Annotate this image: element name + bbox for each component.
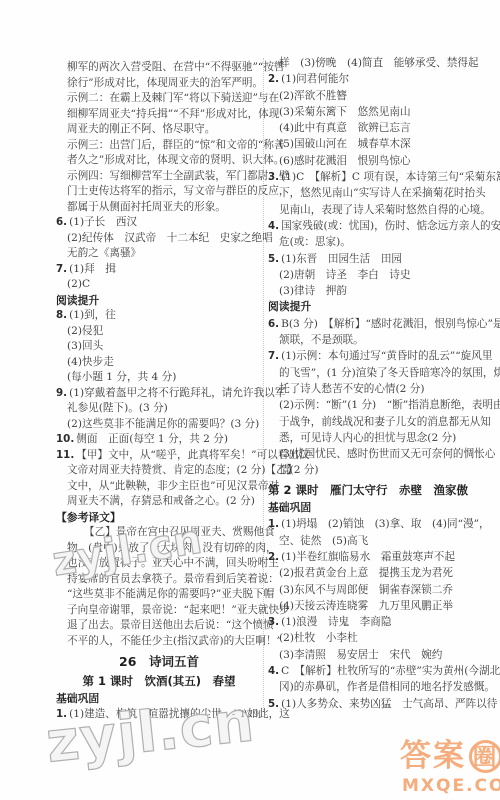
answer-line: 者久之”形成对比，体现文帝的贤明、识大体。 (56, 153, 262, 169)
line-text: 的飞雪”，(1 分)渲染了冬天昏暗寒冷的氛围，烘 (279, 367, 500, 379)
line-text: (1)示例：本句通过写“黄昏时的乱云”“旋风里 (281, 350, 492, 362)
question-number: 3. (268, 616, 279, 628)
answer-column-left: 柳军的两次入营受阻、在营中“不得驱驰”“按辔徐行”形成对比，体现周亚夫的治军严明… (56, 60, 262, 722)
line-text: 细柳军周亚夫“持兵揖”“不拜”形成对比，体现 (67, 108, 279, 120)
answer-line: 悉，可见诗人内心的担忧与思念(2 分) (268, 430, 466, 446)
line-text: 子向皇帝谢罪，景帝说：“起来吧！”亚夫就快步 (67, 604, 290, 616)
line-text: (6)感时花溅泪 恨别鸟惊心 (279, 155, 411, 167)
question-number: 1. (268, 518, 279, 530)
logo-text: 答案 圈 (400, 740, 500, 773)
answer-line: (3)律诗 押韵 (268, 283, 466, 299)
question-number: 3. (268, 171, 279, 183)
answer-line: (3)李清照 易安居士 宋代 婉约 (268, 647, 466, 663)
lesson-heading: 第 1 课时 饮酒(其五) 春望 (56, 674, 262, 690)
line-text: 情(2 分) (279, 464, 319, 476)
line-text: (1)问君何能尔 (281, 73, 349, 85)
line-text: 文中，从“此鞅鞅，非少主臣也”可见汉景帝对 (67, 480, 279, 492)
question-number: 4. (268, 220, 279, 232)
answer-line: 5.(1)东晋 田园生活 田园 (268, 251, 466, 267)
answer-line: 冈)的赤鼻矶，作者是借相同的地名抒发感慨。 (268, 679, 466, 695)
line-text: 【乙】景帝在宫中召见周亚夫、赏赐他食 (84, 526, 275, 538)
question-number: 6. (56, 216, 67, 228)
answer-line: 【乙】景帝在宫中召见周亚夫、赏赐他食 (56, 525, 262, 541)
answer-line: 子向皇帝谢罪，景帝说：“起来吧！”亚夫就快步 (56, 603, 262, 619)
answer-line: 3.(1)C 【解析】C 项有误，本诗第三句“采菊东篱 (268, 169, 466, 185)
line-text: 危(或：思家)。 (279, 236, 351, 248)
line-text: 阅读提升 (268, 300, 311, 313)
line-text: (3)回头 (67, 340, 103, 352)
answer-line: (2)侵犯 (56, 324, 262, 340)
line-text: 空、徒然 (5)高飞 (279, 535, 368, 547)
line-text: 示例三：出营门后，群臣的“惊”和文帝的“称善 (67, 139, 285, 151)
answer-line: 柳军的两次入营受阻、在营中“不得驱驰”“按辔 (56, 60, 262, 76)
lesson-heading: 第 2 课时 雁门太守行 赤壁 渔家傲 (268, 482, 466, 498)
line-text: 阅读提升 (56, 294, 99, 307)
answer-line: 周亚夫不满，存猜忌和戒备之心。(2 分) (56, 494, 262, 510)
answer-line: 见南山，表现了诗人采菊时悠然自得的心境。 (268, 202, 466, 218)
answer-line: 6.(1)子长 西汉 (56, 215, 262, 231)
answer-line: 文帝对周亚夫持赞赏、肯定的态度；(2 分)【乙】 (56, 463, 262, 479)
answer-line: 也没有放置筷子。亚夫心中不满，回头吩咐主 (56, 556, 262, 572)
answer-line: 示例二：在霸上及棘门军“将以下骑送迎”与在 (56, 91, 262, 107)
line-text: 第 1 课时 饮酒(其五) 春望 (82, 674, 235, 688)
answer-line: (6)感时花溅泪 恨别鸟惊心 (268, 153, 466, 169)
answer-column-right: 样 (3)傍晚 (4)简直 能够承受、禁得起2.(1)问君何能尔(2)浑欲不胜簪… (268, 55, 466, 712)
line-text: (2)纪传体 汉武帝 十二本纪 史家之绝唱 (67, 232, 273, 244)
answer-line: (3)采菊东篱下 悠然见南山 (268, 104, 466, 120)
line-text: (1)到，往 (69, 309, 116, 321)
answer-line: 1.(1)坍塌 (2)销蚀 (3)拿、取 (4)同“漫”， (268, 516, 466, 532)
line-text: (3)东风不与周郎便 铜雀春深锁二乔 (279, 584, 453, 596)
line-text: (4)天接云涛连晓雾 九万里风鹏正举 (279, 600, 453, 612)
logo-site-url: MXQE.COM (402, 778, 500, 795)
answer-line: (4)天接云涛连晓雾 九万里风鹏正举 (268, 598, 466, 614)
question-number: 6. (268, 318, 279, 330)
line-text: B(3 分) 【解析】“感时花溅泪，恨别鸟惊心”是 (281, 318, 500, 330)
line-text: 也没有放置筷子。亚夫心中不满，回头吩咐主 (67, 557, 279, 569)
block-heading: 阅读提升 (56, 293, 262, 309)
answer-line: 10.侧面 正面(每空 1 分，共 2 分) (56, 432, 262, 448)
answer-line: 4.国家残破(或：忧国)，伤时、惦念远方亲人的安 (268, 218, 466, 234)
line-text: (2)示例：“断”(1 分) “断”指消息断绝，表明由 (279, 399, 500, 411)
line-text: 悉，可见诗人内心的担忧与思念(2 分) (279, 432, 456, 444)
answer-line: 11.【甲】文中，从“嗟乎，此真将军矣！”可以看出汉 (56, 448, 262, 464)
answer-line: (2)杜牧 小李杜 (268, 630, 466, 646)
answer-line: 物。(盘中)只放了一大块肉，没有切碎的肉， (56, 541, 262, 557)
line-text: (2)侵犯 (67, 325, 103, 337)
line-text: 托了诗人愁苦不安的心情(2 分) (279, 383, 425, 395)
line-text: (4)快步走 (67, 356, 114, 368)
answer-line: (4)快步走 (56, 355, 262, 371)
line-text: (5)国破山河在 城春草木深 (279, 138, 411, 150)
answer-line: 门士吏传达将军的指示，写文帝与群臣的反应， (56, 184, 262, 200)
line-text: C 【解析】杜牧所写的“赤壁”实为黄州(今湖北黄 (281, 665, 500, 677)
answer-line: (5)国破山河在 城春草木深 (268, 136, 466, 152)
answer-line: (2)唐朝 诗圣 李白 诗史 (268, 267, 466, 283)
answer-line: 空、徒然 (5)高飞 (268, 533, 466, 549)
block-heading: 基础巩固 (268, 500, 466, 516)
answer-line: (2)C (56, 277, 262, 293)
answer-line: 的飞雪”，(1 分)渲染了冬天昏暗寒冷的氛围，烘 (268, 365, 466, 381)
line-text: 【参考译文】 (56, 511, 121, 524)
answer-line: (2)这些莫非不能满足你的需要吗？(3 分) (56, 417, 262, 433)
line-text: (2)报君黄金台上意 提携玉龙为君死 (279, 567, 453, 579)
answer-line: “这些莫非不能满足你的需要吗?”亚夫脱下帽 (56, 587, 262, 603)
line-text: (1)拜 揖 (69, 263, 116, 275)
answer-line: 细柳军周亚夫“持兵揖”“不拜”形成对比，体现 (56, 107, 262, 123)
line-text: (1)坍塌 (2)销蚀 (3)拿、取 (4)同“漫”， (281, 518, 490, 530)
answer-line: 周亚夫的刚正不阿、恪尽职守。 (56, 122, 262, 138)
answer-line: 6.B(3 分) 【解析】“感时花溅泪，恨别鸟惊心”是 (268, 316, 466, 332)
line-text: “这些莫非不能满足你的需要吗?”亚夫脱下帽 (67, 588, 274, 600)
question-number: 2. (268, 73, 279, 85)
answer-line: 情(2 分) (268, 462, 466, 478)
answer-line: 都属于从侧面衬托周亚夫的形象。 (56, 200, 262, 216)
line-text: 退了出去。景帝目送他出去后说：“这个愤愤 (67, 619, 274, 631)
answer-line: (3)忧国忧民、感时伤世而又无可奈何的惆怅心 (268, 446, 466, 462)
answer-line: 7.(1)拜 揖 (56, 262, 262, 278)
block-heading: 【参考译文】 (56, 510, 262, 526)
answer-line: 7.(1)示例：本句通过写“黄昏时的乱云”“旋风里 (268, 348, 466, 364)
answer-line: 样 (3)傍晚 (4)简直 能够承受、禁得起 (268, 55, 466, 71)
answer-line: 危(或：思家)。 (268, 234, 466, 250)
line-text: 基础巩固 (268, 501, 311, 514)
answer-line: 2.(1)问君何能尔 (268, 71, 466, 87)
question-number: 5. (268, 253, 279, 265)
answer-line: (2)浑欲不胜簪 (268, 88, 466, 104)
line-text: 不平的人，不能任少主(指汉武帝)的大臣啊！” (67, 635, 282, 647)
line-text: 于战争，前线战况和妻子儿女的消息都无从知 (279, 416, 491, 428)
line-text: (3)忧国忧民、感时伤世而又无可奈何的惆怅心 (279, 448, 495, 460)
line-text: 颔联，不是颈联。 (279, 334, 364, 346)
question-number: 5. (268, 698, 279, 710)
answer-line: (3)东风不与周郎便 铜雀春深锁二乔 (268, 582, 466, 598)
line-text: 文帝对周亚夫持赞赏、肯定的态度；(2 分)【乙】 (67, 464, 297, 476)
answer-line: (2)示例：“断”(1 分) “断”指消息断绝，表明由 (268, 397, 466, 413)
question-number: 10. (56, 433, 74, 445)
logo-prefix: 答案 (400, 741, 466, 772)
line-text: 第 2 课时 雁门太守行 赤壁 渔家傲 (268, 483, 468, 497)
line-text: (1)子长 西汉 (69, 216, 137, 228)
answer-line: 不平的人，不能任少主(指汉武帝)的大臣啊！” (56, 634, 262, 650)
scanned-answer-page: 柳军的两次入营受阻、在营中“不得驱驰”“按辔徐行”形成对比，体现周亚夫的治军严明… (0, 0, 500, 800)
line-text: 礼参见(陛下)。(3 分) (67, 402, 168, 414)
line-text: 无韵之《离骚》 (67, 247, 141, 259)
line-text: 门士吏传达将军的指示，写文帝与群臣的反应， (67, 185, 289, 197)
block-heading: 基础巩固 (56, 691, 262, 707)
line-text: (2)C (67, 278, 90, 290)
answer-line: 徐行”形成对比，体现周亚夫的治军严明。 (56, 76, 262, 92)
answer-line: 2.(1)半卷红旗临易水 霜重鼓寒声不起 (268, 549, 466, 565)
answer-line: (每小题 1 分，共 4 分) (56, 370, 262, 386)
answer-line: 示例四：写细柳营军士全副武装，军门都尉、壁 (56, 169, 262, 185)
line-text: (3)李清照 易安居士 宋代 婉约 (279, 649, 442, 661)
line-text: 26 诗词五首 (119, 654, 199, 669)
answer-line: (2)纪传体 汉武帝 十二本纪 史家之绝唱 (56, 231, 262, 247)
answer-line: 无韵之《离骚》 (56, 246, 262, 262)
line-text: 国家残破(或：忧国)，伤时、惦念远方亲人的安 (281, 220, 500, 232)
answer-line: 8.(1)到，往 (56, 308, 262, 324)
question-number: 2. (268, 551, 279, 563)
line-text: (3)律诗 押韵 (279, 285, 347, 297)
line-text: (2)唐朝 诗圣 李白 诗史 (279, 269, 411, 281)
line-text: 柳军的两次入营受阻、在营中“不得驱驰”“按辔 (67, 61, 285, 73)
answer-circle-logo: 答案 圈 MXQE.COM (400, 740, 500, 795)
question-number: 7. (268, 350, 279, 362)
line-text: 样 (3)傍晚 (4)简直 能够承受、禁得起 (279, 57, 479, 69)
line-text: (1)穿戴着盔甲之将不行跪拜礼，请允许我以军 (69, 387, 285, 399)
line-text: 见南山，表现了诗人采菊时悠然自得的心境。 (279, 204, 491, 216)
line-text: 持宴席的官员去拿筷子。景帝看到后笑着说： (67, 573, 279, 585)
answer-line: 3.(1)浪漫 诗鬼 李商隐 (268, 614, 466, 630)
line-text: (1)C 【解析】C 项有误，本诗第三句“采菊东篱 (281, 171, 500, 183)
answer-line: 4.C 【解析】杜牧所写的“赤壁”实为黄州(今湖北黄 (268, 663, 466, 679)
answer-line: 礼参见(陛下)。(3 分) (56, 401, 262, 417)
line-text: (3)采菊东篱下 悠然见南山 (279, 106, 411, 118)
answer-line: 于战争，前线战况和妻子儿女的消息都无从知 (268, 414, 466, 430)
line-text: (1)浪漫 诗鬼 李商隐 (281, 616, 391, 628)
line-text: (1)人多势众、来势凶猛 士气高昂、严阵以待 (281, 698, 497, 710)
line-text: 周亚夫的刚正不阿、恪尽职守。 (67, 123, 215, 135)
question-number: 9. (56, 387, 67, 399)
line-text: 周亚夫不满，存猜忌和戒备之心。(2 分) (67, 495, 255, 507)
answer-line: 文中，从“此鞅鞅，非少主臣也”可见汉景帝对 (56, 479, 262, 495)
line-text: 示例四：写细柳营军士全副武装，军门都尉、壁 (67, 170, 289, 182)
question-number: 8. (56, 309, 67, 321)
line-text: (2)这些莫非不能满足你的需要吗？(3 分) (67, 418, 259, 430)
answer-line: (4)此中有真意 欲辨已忘言 (268, 120, 466, 136)
answer-line: 托了诗人愁苦不安的心情(2 分) (268, 381, 466, 397)
line-text: 下，悠然见南山”实写诗人在采摘菊花时抬头 (279, 187, 486, 199)
answer-line: 示例三：出营门后，群臣的“惊”和文帝的“称善 (56, 138, 262, 154)
answer-line: (2)报君黄金台上意 提携玉龙为君死 (268, 565, 466, 581)
line-text: 示例二：在霸上及棘门军“将以下骑送迎”与在 (67, 92, 279, 104)
line-text: 冈)的赤鼻矶，作者是借相同的地名抒发感慨。 (279, 681, 495, 693)
line-text: (2)浑欲不胜簪 (279, 90, 347, 102)
line-text: 徐行”形成对比，体现周亚夫的治军严明。 (67, 77, 263, 89)
line-text: (每小题 1 分，共 4 分) (67, 371, 176, 383)
answer-line: 颔联，不是颈联。 (268, 332, 466, 348)
answer-line: 退了出去。景帝目送他出去后说：“这个愤愤 (56, 618, 262, 634)
line-text: (1)东晋 田园生活 田园 (281, 253, 402, 265)
answer-line: 下，悠然见南山”实写诗人在采摘菊花时抬头 (268, 185, 466, 201)
answer-line: 9.(1)穿戴着盔甲之将不行跪拜礼，请允许我以军 (56, 386, 262, 402)
question-number: 11. (56, 449, 74, 461)
question-number: 7. (56, 263, 67, 275)
line-text: 都属于从侧面衬托周亚夫的形象。 (67, 201, 226, 213)
answer-line: (3)回头 (56, 339, 262, 355)
question-number: 4. (268, 665, 279, 677)
section-heading: 26 诗词五首 (56, 654, 262, 670)
line-text: 基础巩固 (56, 692, 99, 705)
page-number: - 129 - (0, 710, 500, 720)
block-heading: 阅读提升 (268, 299, 466, 315)
logo-circled-char: 圈 (469, 740, 500, 773)
line-text: (2)杜牧 小李杜 (279, 632, 358, 644)
line-text: (4)此中有真意 欲辨已忘言 (279, 122, 411, 134)
answer-line: 持宴席的官员去拿筷子。景帝看到后笑着说： (56, 572, 262, 588)
line-text: (1)半卷红旗临易水 霜重鼓寒声不起 (281, 551, 455, 563)
line-text: 侧面 正面(每空 1 分，共 2 分) (76, 433, 228, 445)
line-text: 物。(盘中)只放了一大块肉，没有切碎的肉， (67, 542, 277, 554)
line-text: 者久之”形成对比，体现文帝的贤明、识大体。 (67, 154, 284, 166)
